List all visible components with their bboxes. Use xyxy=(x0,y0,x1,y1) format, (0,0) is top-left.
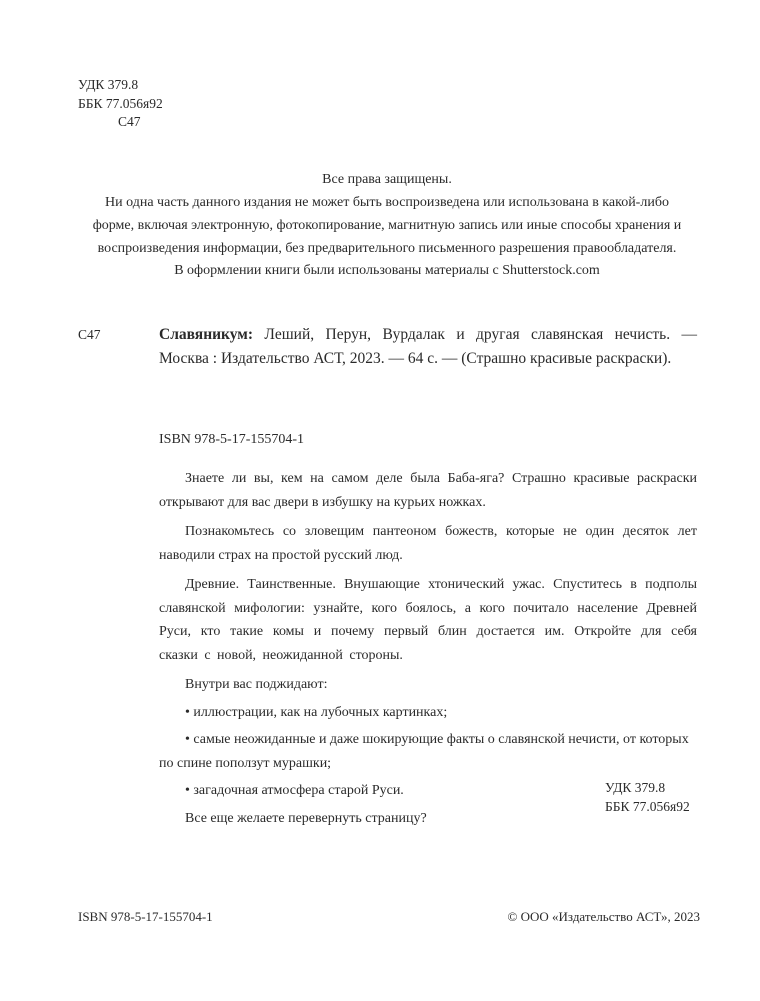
rights-text-line: Ни одна часть данного издания не может б… xyxy=(72,191,702,214)
catalog-entry: Славяникум: Леший, Перун, Вурдалак и дру… xyxy=(159,323,697,371)
materials-credit: В оформлении книги были использованы мат… xyxy=(72,262,702,280)
rights-heading: Все права защищены. xyxy=(72,168,702,191)
list-item: • самые неожиданные и даже шокирующие фа… xyxy=(159,728,697,775)
list-intro: Внутри вас поджидают: xyxy=(159,673,697,697)
classification-codes-top: УДК 379.8 ББК 77.056я92 С47 xyxy=(78,76,163,132)
copyright-notice: © ООО «Издательство АСТ», 2023 xyxy=(507,908,700,926)
rights-text-line: форме, включая электронную, фотокопирова… xyxy=(72,214,702,237)
catalog-entry-line1: Славяникум: Леший, Перун, Вурдалак и дру… xyxy=(159,323,697,347)
catalog-entry-line2: Москва : Издательство АСТ, 2023. — 64 с.… xyxy=(159,347,697,371)
isbn: ISBN 978-5-17-155704-1 xyxy=(159,431,304,449)
footer-isbn: ISBN 978-5-17-155704-1 xyxy=(78,908,213,926)
annotation-paragraph: Древние. Таинственные. Внушающие хтониче… xyxy=(159,573,697,667)
rights-text-line: воспроизведения информации, без предвари… xyxy=(72,237,702,260)
list-item: • иллюстрации, как на лубочных картинках… xyxy=(159,701,697,725)
classification-codes-bottom: УДК 379.8 ББК 77.056я92 xyxy=(605,778,690,816)
bbk-code: ББК 77.056я92 xyxy=(605,797,690,816)
annotation-paragraph: Познакомьтесь со зловещим пантеоном боже… xyxy=(159,520,697,567)
rights-notice: Все права защищены. Ни одна часть данног… xyxy=(72,168,702,260)
book-subtitle: Леший, Перун, Вурдалак и другая славянск… xyxy=(253,326,697,343)
annotation-paragraph: Знаете ли вы, кем на самом деле была Баб… xyxy=(159,467,697,514)
annotation: Знаете ли вы, кем на самом деле была Баб… xyxy=(159,467,697,830)
author-mark: С47 xyxy=(78,113,163,132)
udk-code: УДК 379.8 xyxy=(605,778,690,797)
bbk-code: ББК 77.056я92 xyxy=(78,95,163,114)
udk-code: УДК 379.8 xyxy=(78,76,163,95)
book-title: Славяникум: xyxy=(159,326,253,343)
catalog-author-mark: С47 xyxy=(78,326,101,344)
